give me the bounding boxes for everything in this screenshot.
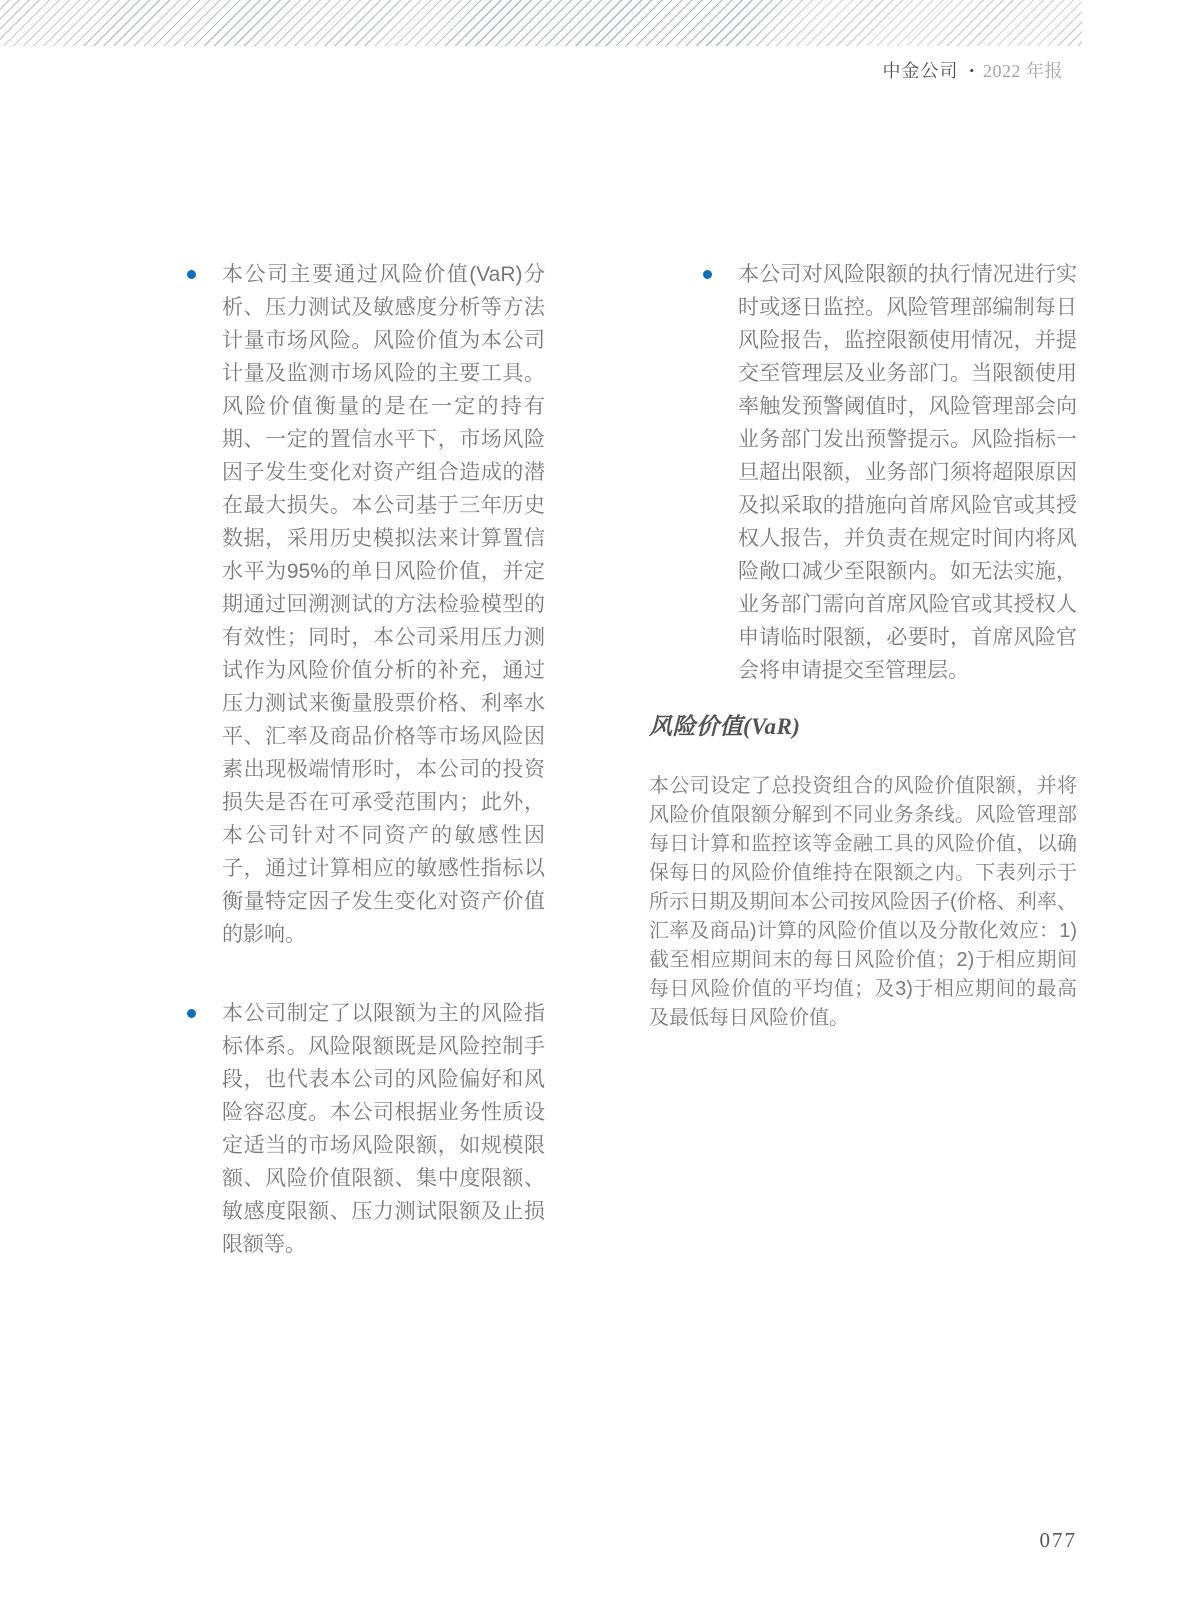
list-item: 本公司主要通过风险价值(VaR)分析、压力测试及敏感度分析等方法计量市场风险。风… xyxy=(186,258,545,951)
bullet-text: 本公司制定了以限额为主的风险指标体系。风险限额既是风险控制手段，也代表本公司的风… xyxy=(222,1002,545,1256)
left-column: 本公司主要通过风险价值(VaR)分析、压力测试及敏感度分析等方法计量市场风险。风… xyxy=(186,258,545,1261)
section-heading-var: 风险价值(VaR) xyxy=(649,712,1077,742)
bullet-text: 本公司主要通过风险价值(VaR)分析、压力测试及敏感度分析等方法计量市场风险。风… xyxy=(222,263,545,946)
page-number: 077 xyxy=(1040,1528,1078,1553)
right-column: 本公司对风险限额的执行情况进行实时或逐日监控。风险管理部编制每日风险报告，监控限… xyxy=(649,258,1077,1033)
decorative-hatch-pattern xyxy=(0,0,1082,46)
bullet-text: 本公司对风险限额的执行情况进行实时或逐日监控。风险管理部编制每日风险报告，监控限… xyxy=(738,263,1077,682)
var-paragraph: 本公司设定了总投资组合的风险价值限额，并将风险价值限额分解到不同业务条线。风险管… xyxy=(649,772,1077,1033)
report-title: 2022 年报 xyxy=(983,60,1063,82)
report-page: 中金公司 • 2022 年报 本公司主要通过风险价值(VaR)分析、压力测试及敏… xyxy=(0,0,1190,1615)
company-name: 中金公司 xyxy=(882,60,958,82)
list-item: 本公司对风险限额的执行情况进行实时或逐日监控。风险管理部编制每日风险报告，监控限… xyxy=(649,258,1077,687)
bullet-list-right: 本公司对风险限额的执行情况进行实时或逐日监控。风险管理部编制每日风险报告，监控限… xyxy=(649,258,1077,687)
list-item: 本公司制定了以限额为主的风险指标体系。风险限额既是风险控制手段，也代表本公司的风… xyxy=(186,997,545,1261)
bullet-icon xyxy=(187,1009,196,1018)
bullet-list-left: 本公司主要通过风险价值(VaR)分析、压力测试及敏感度分析等方法计量市场风险。风… xyxy=(186,258,545,1261)
bullet-icon xyxy=(187,270,196,279)
header-separator-dot-icon: • xyxy=(969,60,974,82)
page-header: 中金公司 • 2022 年报 xyxy=(882,60,1063,82)
bullet-icon xyxy=(703,270,712,279)
